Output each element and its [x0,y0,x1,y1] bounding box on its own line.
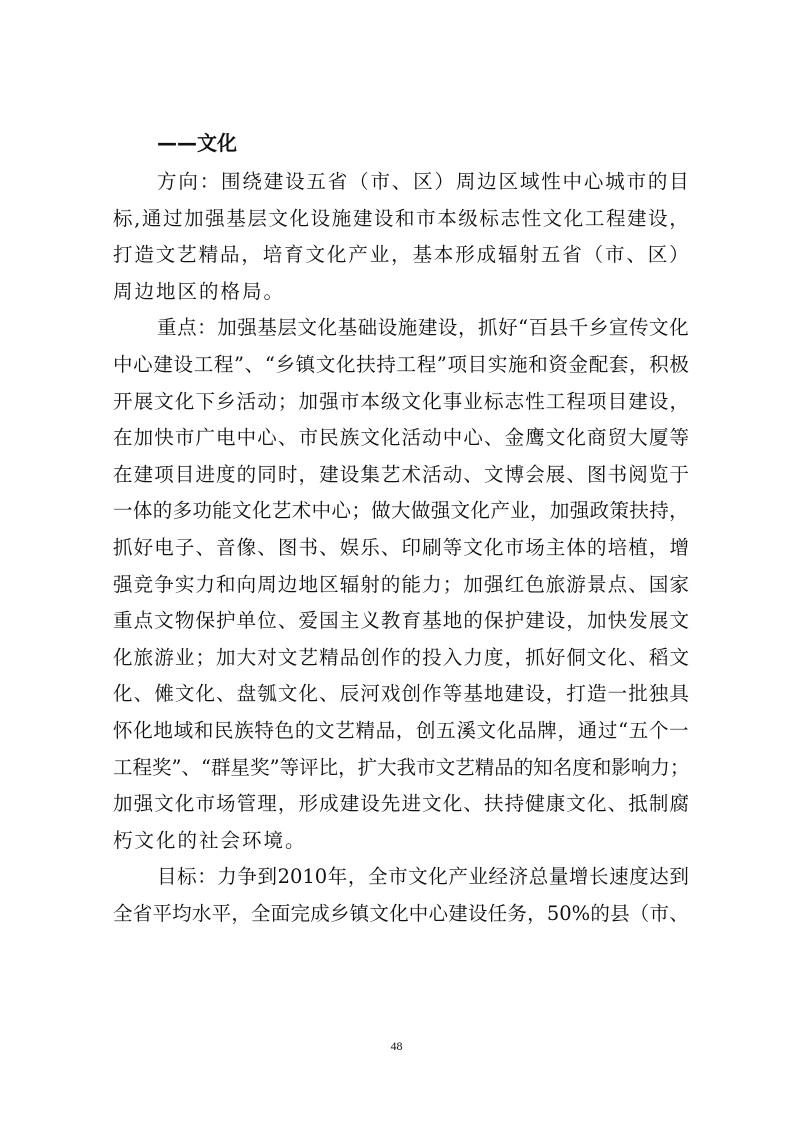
paragraph-focus-line: 怀化地域和民族特色的文艺精品，创五溪文化品牌，通过“五个一 [113,713,689,750]
page-number: 48 [0,1039,793,1054]
document-page: ——文化 方向：围绕建设五省（市、区）周边区域性中心城市的目 标,通过加强基层文… [0,0,793,1122]
paragraph-focus-line: 在加快市广电中心、市民族文化活动中心、金鹰文化商贸大厦等 [113,420,689,457]
paragraph-focus-line: 开展文化下乡活动；加强市本级文化事业标志性工程项目建设， [113,384,689,421]
paragraph-focus-line: 中心建设工程”、“乡镇文化扶持工程”项目实施和资金配套，积极 [113,347,689,384]
paragraph-direction-line: 打造文艺精品，培育文化产业，基本形成辐射五省（市、区） [113,237,689,274]
paragraph-focus-line: 在建项目进度的同时，建设集艺术活动、文博会展、图书阅览于 [113,457,689,494]
paragraph-goal-line: 目标：力争到2010年，全市文化产业经济总量增长速度达到 [113,859,689,896]
section-heading: ——文化 [157,127,237,156]
paragraph-direction-line: 标,通过加强基层文化设施建设和市本级标志性文化工程建设， [113,201,689,238]
document-body: 方向：围绕建设五省（市、区）周边区域性中心城市的目 标,通过加强基层文化设施建设… [113,164,689,932]
paragraph-focus-line: 抓好电子、音像、图书、娱乐、印刷等文化市场主体的培植，增 [113,530,689,567]
paragraph-focus-line: 一体的多功能文化艺术中心；做大做强文化产业，加强政策扶持， [113,493,689,530]
paragraph-focus-line: 重点文物保护单位、爱国主义教育基地的保护建设，加快发展文 [113,603,689,640]
paragraph-direction-line: 周边地区的格局。 [113,274,689,311]
paragraph-focus-line: 工程奖”、“群星奖”等评比，扩大我市文艺精品的知名度和影响力； [113,750,689,787]
paragraph-focus-line: 朽文化的社会环境。 [113,823,689,860]
paragraph-focus-line: 化旅游业；加大对文艺精品创作的投入力度，抓好侗文化、稻文 [113,640,689,677]
paragraph-direction-line: 方向：围绕建设五省（市、区）周边区域性中心城市的目 [113,164,689,201]
paragraph-goal-line: 全省平均水平，全面完成乡镇文化中心建设任务，50%的县（市、 [113,896,689,933]
paragraph-focus-line: 加强文化市场管理，形成建设先进文化、扶持健康文化、抵制腐 [113,786,689,823]
paragraph-focus-line: 重点：加强基层文化基础设施建设，抓好“百县千乡宣传文化 [113,310,689,347]
paragraph-focus-line: 强竞争实力和向周边地区辐射的能力；加强红色旅游景点、国家 [113,567,689,604]
paragraph-focus-line: 化、傩文化、盘瓠文化、辰河戏创作等基地建设，打造一批独具 [113,676,689,713]
